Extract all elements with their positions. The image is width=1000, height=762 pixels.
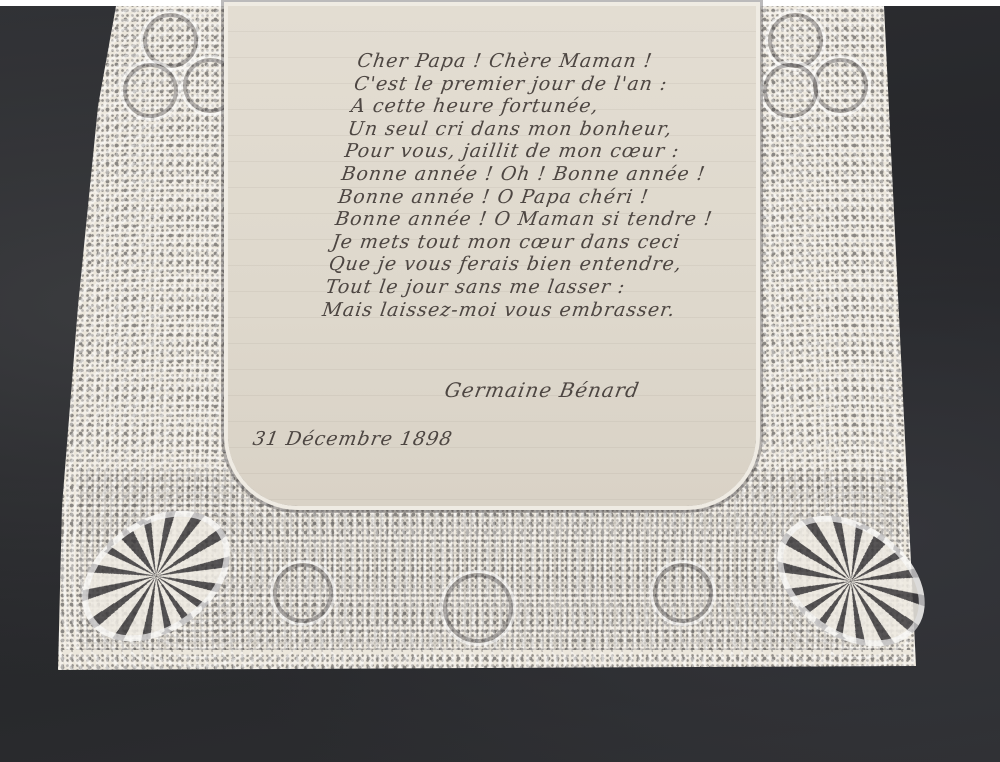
poem-line: Un seul cri dans mon bonheur,	[346, 118, 789, 141]
poem-line: Cher Papa ! Chère Maman !	[356, 50, 799, 73]
lace-scroll-ornament	[440, 570, 516, 646]
poem-line: Mais laissez-moi vous embrasser.	[321, 299, 764, 322]
poem-line: Bonne année ! O Papa chéri !	[337, 186, 780, 209]
poem-line: Bonne année ! O Maman si tendre !	[334, 208, 777, 231]
lace-scroll-ornament	[650, 560, 716, 626]
poem-line: A cette heure fortunée,	[350, 95, 793, 118]
poem-line: Je mets tout mon cœur dans ceci	[330, 231, 773, 254]
signature: Germaine Bénard	[443, 378, 642, 402]
poem-line: C'est le premier jour de l'an :	[353, 73, 796, 96]
lace-rosette	[120, 60, 181, 121]
handwritten-poem: Cher Papa ! Chère Maman ! C'est le premi…	[321, 50, 799, 321]
letter-date: 31 Décembre 1898	[251, 428, 454, 450]
scalloped-edge	[62, 650, 912, 664]
poem-line: Que je vous ferais bien entendre,	[327, 253, 770, 276]
poem-line: Bonne année ! Oh ! Bonne année !	[340, 163, 783, 186]
poem-line: Tout le jour sans me lasser :	[324, 276, 767, 299]
poem-line: Pour vous, jaillit de mon cœur :	[343, 140, 786, 163]
lace-scroll-ornament	[270, 560, 336, 626]
